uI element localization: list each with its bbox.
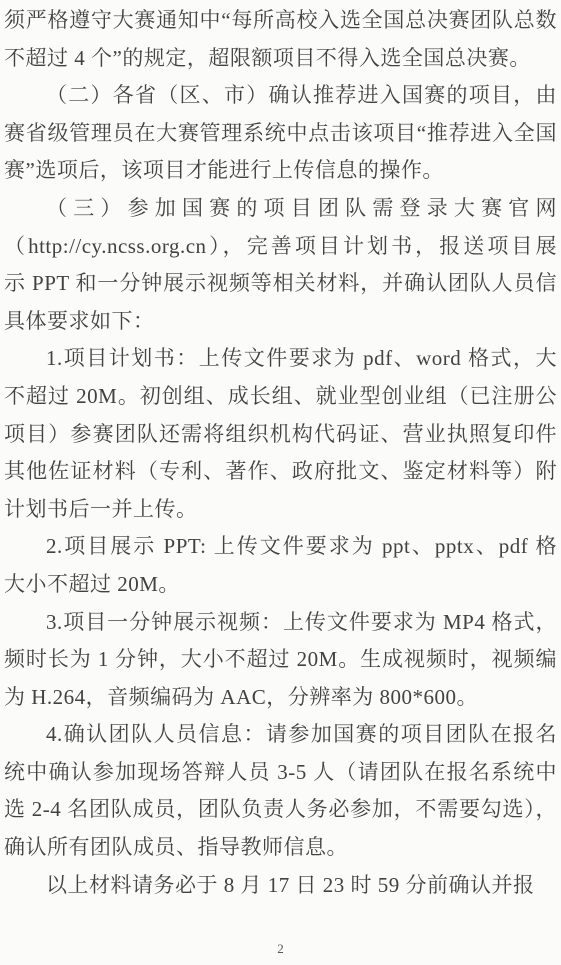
document-line: 4.确认团队人员信息：请参加国赛的项目团队在报名系 <box>4 716 557 754</box>
document-line: 确认所有团队成员、指导教师信息。 <box>4 829 557 867</box>
document-line: 赛”选项后，该项目才能进行上传信息的操作。 <box>4 152 557 190</box>
document-line: 具体要求如下： <box>4 303 557 341</box>
document-line: 不超过 4 个”的规定，超限额项目不得入选全国总决赛。 <box>4 40 557 78</box>
page-number: 2 <box>0 941 561 957</box>
document-line: 示 PPT 和一分钟展示视频等相关材料，并确认团队人员信息。 <box>4 265 557 303</box>
document-line: 不超过 20M。初创组、成长组、就业型创业组（已注册公司 <box>4 378 557 416</box>
document-line: 统中确认参加现场答辩人员 3-5 人（请团队在报名系统中勾 <box>4 754 557 792</box>
document-line: 2.项目展示 PPT: 上传文件要求为 ppt、pptx、pdf 格式， <box>4 528 557 566</box>
document-line: 计划书后一并上传。 <box>4 491 557 529</box>
document-line: （二）各省（区、市）确认推荐进入国赛的项目，由大 <box>4 77 557 115</box>
document-line: 3.项目一分钟展示视频：上传文件要求为 MP4 格式，视 <box>4 604 557 642</box>
document-line: 为 H.264，音频编码为 AAC，分辨率为 800*600。 <box>4 679 557 717</box>
document-line: （三）参加国赛的项目团队需登录大赛官网 <box>4 190 557 228</box>
document-line: 其他佐证材料（专利、著作、政府批文、鉴定材料等）附在 <box>4 453 557 491</box>
document-line: 频时长为 1 分钟，大小不超过 20M。生成视频时，视频编码 <box>4 641 557 679</box>
document-line: （http://cy.ncss.org.cn），完善项目计划书，报送项目展 <box>4 228 557 266</box>
document-line: 须严格遵守大赛通知中“每所高校入选全国总决赛团队总数 <box>4 2 557 40</box>
document-line: 赛省级管理员在大赛管理系统中点击该项目“推荐进入全国 <box>4 115 557 153</box>
document-line: 大小不超过 20M。 <box>4 566 557 604</box>
document-line: 选 2-4 名团队成员，团队负责人务必参加，不需要勾选）， <box>4 791 557 829</box>
document-line: 1.项目计划书：上传文件要求为 pdf、word 格式，大小 <box>4 340 557 378</box>
document-text: 须严格遵守大赛通知中“每所高校入选全国总决赛团队总数 不超过 4 个”的规定，超… <box>0 0 561 904</box>
document-line: 以上材料请务必于 8 月 17 日 23 时 59 分前确认并报送。 <box>4 867 557 905</box>
document-line: 项目）参赛团队还需将组织机构代码证、营业执照复印件及 <box>4 416 557 454</box>
document-page: 须严格遵守大赛通知中“每所高校入选全国总决赛团队总数 不超过 4 个”的规定，超… <box>0 0 561 965</box>
